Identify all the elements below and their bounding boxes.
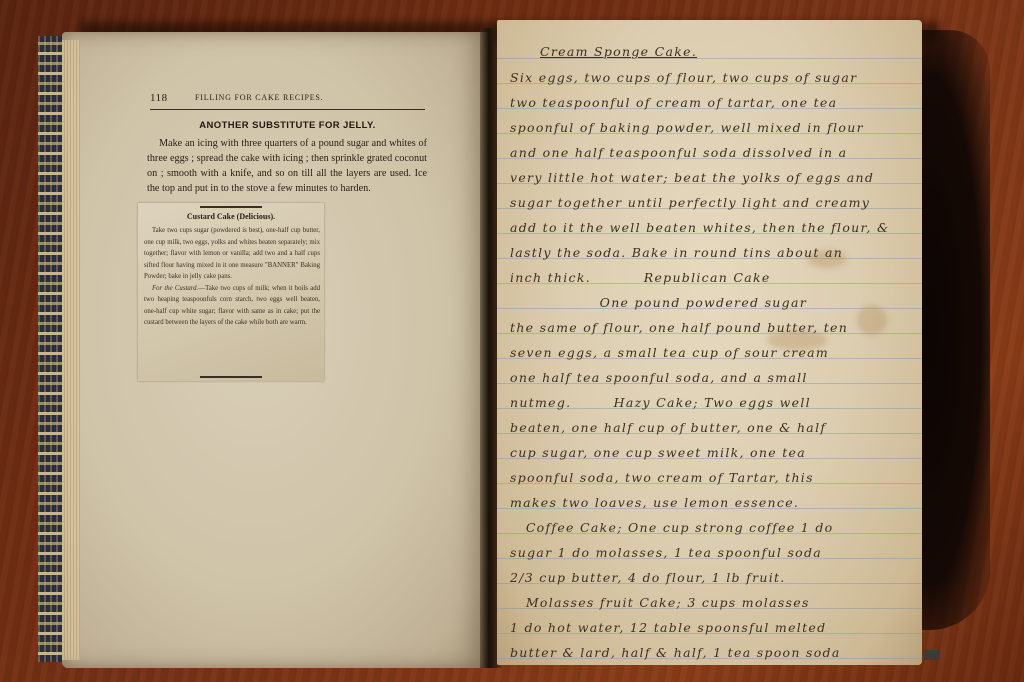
handwritten-line: sugar 1 do molasses, 1 tea spoonful soda <box>510 545 910 560</box>
handwritten-line: beaten, one half cup of butter, one & ha… <box>510 420 910 435</box>
handwritten-line: lastly the soda. Bake in round tins abou… <box>510 245 910 260</box>
book-cover-corner <box>924 650 940 660</box>
ruled-lines <box>497 20 922 665</box>
handwritten-line: and one half teaspoonful soda dissolved … <box>510 145 910 160</box>
handwritten-line: the same of flour, one half pound butter… <box>510 320 910 335</box>
header-rule <box>150 109 425 110</box>
clipping-title: Custard Cake (Delicious). <box>138 212 324 221</box>
page-edges <box>62 40 80 660</box>
clipping-ornament-top <box>200 206 262 208</box>
handwritten-line: spoonful of baking powder, well mixed in… <box>510 120 910 135</box>
running-head-title: FILLING FOR CAKE RECIPES. <box>195 92 323 104</box>
handwritten-line: seven eggs, a small tea cup of sour crea… <box>510 345 910 360</box>
clipping-body: Take two cups sugar (powdered is best), … <box>144 225 320 329</box>
clipping-paragraph-1: Take two cups sugar (powdered is best), … <box>144 225 320 283</box>
clipping-paragraph-2: For the Custard.—Take two cups of milk; … <box>144 283 320 329</box>
handwritten-line: two teaspoonful of cream of tartar, one … <box>510 95 910 110</box>
clipping-custard-lead: For the Custard. <box>152 285 198 292</box>
handwritten-line: very little hot water; beat the yolks of… <box>510 170 910 185</box>
handwritten-line: add to it the well beaten whites, then t… <box>510 220 910 235</box>
handwritten-line: inch thick. Republican Cake <box>510 270 910 285</box>
handwritten-line: Six eggs, two cups of flour, two cups of… <box>510 70 910 85</box>
handwritten-line: makes two loaves, use lemon essence. <box>510 495 910 510</box>
handwritten-line: butter & lard, half & half, 1 tea spoon … <box>510 645 910 660</box>
handwritten-line: Cream Sponge Cake. <box>540 44 940 59</box>
right-handwritten-page <box>497 20 922 665</box>
newspaper-clipping: Custard Cake (Delicious). Take two cups … <box>138 203 324 381</box>
handwritten-line: Coffee Cake; One cup strong coffee 1 do <box>510 520 910 535</box>
handwritten-line: 1 do hot water, 12 table spoonsful melte… <box>510 620 910 635</box>
handwritten-line: 2/3 cup butter, 4 do flour, 1 lb fruit. <box>510 570 910 585</box>
handwritten-line: one half tea spoonful soda, and a small <box>510 370 910 385</box>
handwritten-line: sugar together until perfectly light and… <box>510 195 910 210</box>
handwritten-line: Molasses fruit Cake; 3 cups molasses <box>510 595 910 610</box>
running-head: 118 FILLING FOR CAKE RECIPES. <box>150 92 425 104</box>
section-title: ANOTHER SUBSTITUTE FOR JELLY. <box>150 120 425 131</box>
section-body: Make an icing with three quarters of a p… <box>147 136 427 196</box>
handwritten-line: cup sugar, one cup sweet milk, one tea <box>510 445 910 460</box>
handwritten-line: nutmeg. Hazy Cake; Two eggs well <box>510 395 910 410</box>
handwritten-line: spoonful soda, two cream of Tartar, this <box>510 470 910 485</box>
handwritten-line: One pound powdered sugar <box>510 295 910 310</box>
page-number: 118 <box>150 92 195 104</box>
clipping-ornament-bottom <box>200 376 262 378</box>
